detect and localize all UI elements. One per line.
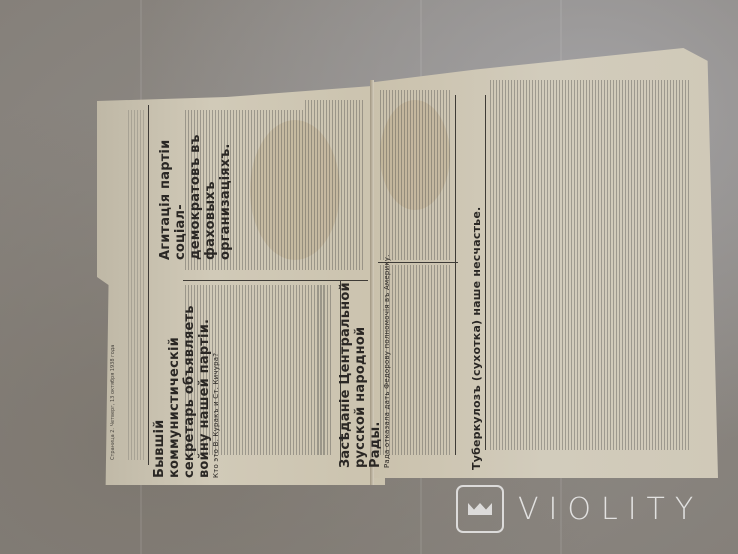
violity-watermark: VIOLITY [456, 485, 703, 533]
crown-icon [456, 485, 504, 533]
text-column [380, 90, 450, 260]
headline-4: Туберкулозъ (сухотка) наше несчастье. [470, 230, 483, 470]
headline-3: Засѣданіе Центральной русской народной Р… [338, 278, 391, 468]
column-rule [455, 95, 456, 455]
headline-1: Бывшій коммунистическій секретарь объявл… [152, 278, 220, 478]
headline-2: Агитація партіи соціал-демократовъ въ фа… [158, 110, 233, 260]
column-rule [148, 105, 149, 465]
column-rule [485, 95, 486, 450]
text-column [128, 110, 146, 460]
watermark-text: VIOLITY [518, 492, 703, 527]
text-column [305, 100, 365, 270]
text-column [318, 285, 332, 455]
page-header: Страница 2. Четверг, 13 октября 1938 год… [110, 345, 116, 460]
text-column [490, 80, 690, 450]
